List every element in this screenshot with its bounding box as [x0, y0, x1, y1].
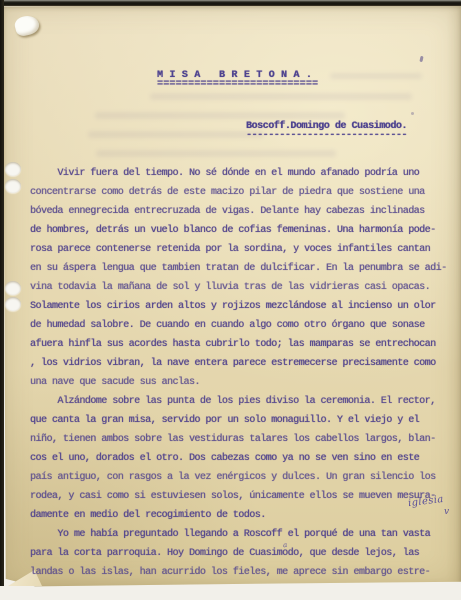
typed-line: , los vidrios vibran, la nave entera par… [30, 354, 455, 373]
punch-hole [5, 297, 21, 311]
typed-body: Vivir fuera del tiempo. No sé dónde en e… [30, 164, 455, 582]
typed-line: Vivir fuera del tiempo. No sé dónde en e… [30, 164, 455, 183]
punch-hole [5, 179, 21, 193]
typed-line: una nave que sacude sus anclas. [30, 373, 455, 392]
typed-line: damente en medio del recogimiento de tod… [30, 506, 455, 525]
typed-line: bóveda ennegrecida entrecruzada de vigas… [30, 202, 455, 221]
typed-line: Yo me había preguntado llegando a Roscof… [30, 525, 455, 544]
typed-line: landas o las islas, han acurrido los fie… [30, 563, 455, 582]
scanned-document-page: M I S A B R E T O N A . ================… [0, 0, 461, 600]
byline-underline: ----------------------------- [246, 132, 407, 139]
document-header: M I S A B R E T O N A . ================… [157, 70, 318, 88]
scan-top-edge [0, 0, 461, 6]
bleed-through-smudge [150, 93, 412, 100]
typed-line: país antiguo, con rasgos a la vez enérgi… [30, 468, 455, 487]
typed-line: cos el uno, dorados el otro. Dos cabezas… [30, 449, 455, 468]
punch-hole [5, 162, 21, 176]
bleed-through-smudge [330, 73, 422, 79]
typed-line: Solamente los cirios arden altos y rojiz… [30, 297, 455, 316]
typed-line: de hombres, detrás un vuelo blanco de co… [30, 221, 455, 240]
handwritten-caret-mark: v [444, 507, 449, 517]
typed-line: niño, tienen ambos sobre las vestiduras … [30, 430, 455, 449]
typed-line: Alzándome sobre las punta de los pies di… [30, 392, 455, 411]
punch-hole [5, 281, 21, 295]
typed-line: vina todavia la mañana de sol y lluvia t… [30, 278, 455, 297]
bleed-through-smudge [95, 112, 345, 119]
typed-line: rosa parece contenerse retenida por la s… [30, 240, 455, 259]
typed-line: en su áspera lengua que tambien tratan d… [30, 259, 455, 278]
bleed-through-smudge [96, 150, 336, 157]
document-byline-block: Boscoff.Domingo de Cuasimodo. ----------… [246, 121, 407, 139]
typed-line: de humedad salobre. De cuando en cuando … [30, 316, 455, 335]
scan-left-edge [0, 0, 4, 586]
bleed-through-smudge [88, 131, 264, 138]
typed-line: rodea, y casi como si estuviesen solos, … [30, 487, 455, 506]
typed-line: que canta la gran misa, servido por un s… [30, 411, 455, 430]
title-underline: ========================== [157, 81, 318, 88]
typed-line: para la corta parroquia. Hoy Domingo de … [30, 544, 455, 563]
ink-speck [411, 112, 414, 115]
typed-line: concentrarse como detrás de este macizo … [30, 183, 455, 202]
typed-line: afuera hinfla sus acordes hasta cubrirlo… [30, 335, 455, 354]
